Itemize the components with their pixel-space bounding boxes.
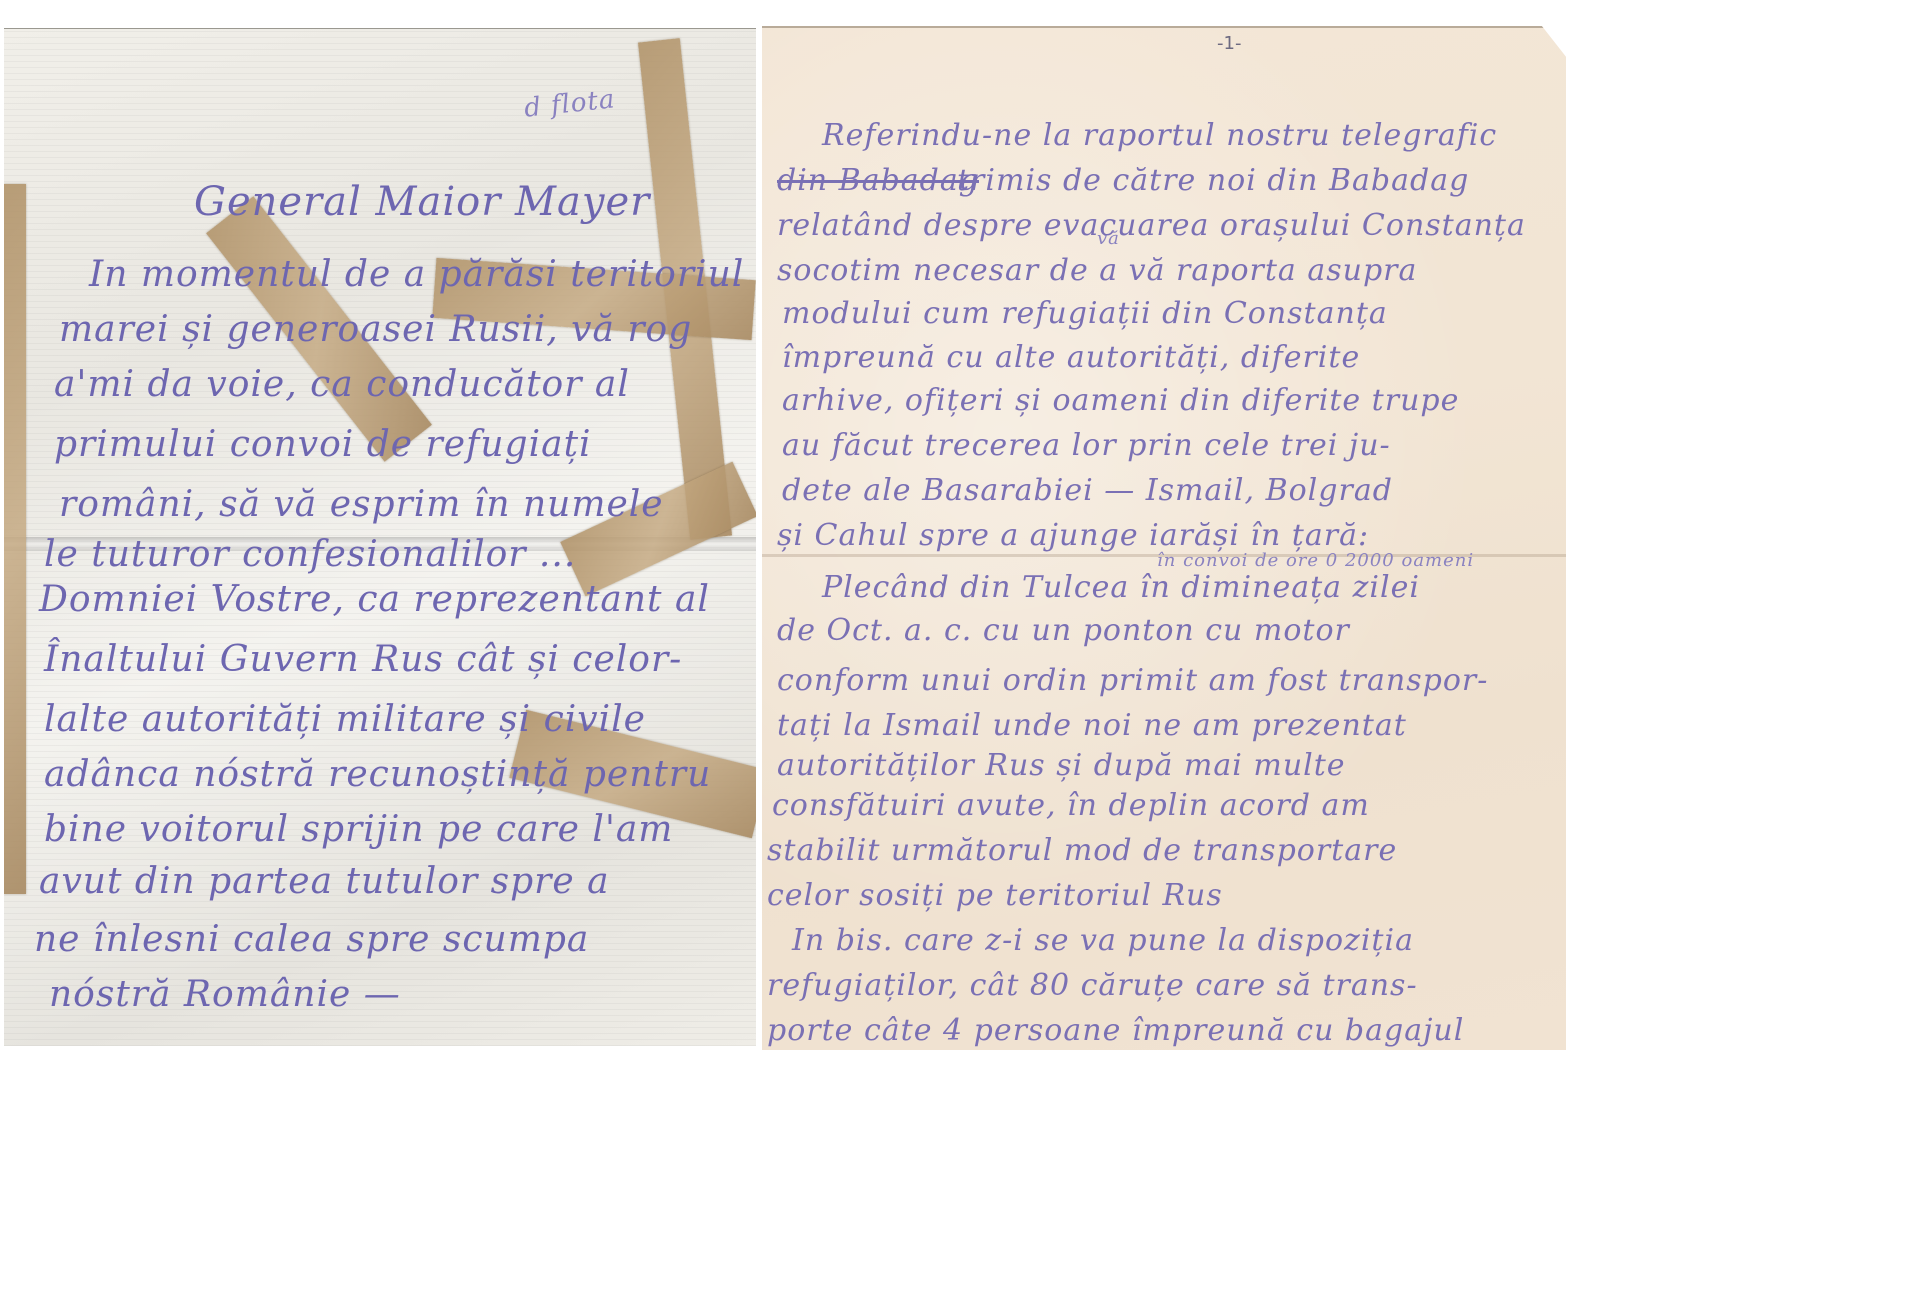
- tape-strip: [560, 462, 756, 597]
- letter-line: ne înlesni calea spre scumpa: [34, 919, 589, 960]
- letter-line: adânca nóstră recunoștință pentru: [44, 754, 711, 795]
- letter-line: arhive, ofițeri și oameni din diferite t…: [782, 383, 1459, 418]
- letter-line: relatând despre evacuarea orașului Const…: [777, 208, 1526, 243]
- letter-line: tați la Ismail unde noi ne am prezentat: [777, 708, 1407, 743]
- letter-line: trimis de către noi din Babadag: [957, 163, 1469, 198]
- letter-line: avut din partea tutulor spre a: [39, 861, 610, 902]
- interlinear-note: vă: [1097, 228, 1120, 249]
- letter-line: le tuturor confesionalilor ...: [44, 534, 576, 575]
- letter-line: celor sosiți pe teritoriul Rus: [767, 878, 1223, 913]
- letter-line: au făcut trecerea lor prin cele trei ju-: [782, 428, 1391, 463]
- tape-strip: [4, 184, 26, 894]
- letter-line: de Oct. a. c. cu un ponton cu motor: [777, 613, 1350, 648]
- letter-annotation: d flota: [523, 84, 617, 123]
- letter-line: Plecând din Tulcea în dimineața zilei: [822, 570, 1420, 605]
- letter-line: lalte autorități militare și civile: [44, 699, 646, 740]
- letter-line: porte câte 4 persoane împreună cu bagaju…: [767, 1013, 1464, 1048]
- letter-line: marei și generoasei Rusii, vă rog: [59, 309, 692, 350]
- letter-line: dete ale Basarabiei — Ismail, Bolgrad: [782, 473, 1393, 508]
- letter-line: români, să vă esprim în numele: [59, 484, 664, 525]
- letter-line: modului cum refugiații din Constanța: [782, 296, 1388, 331]
- letter-line: nóstră Românie —: [49, 974, 401, 1015]
- letter-line: In bis. care z-i se va pune la dispoziți…: [792, 923, 1414, 958]
- letter-line: In momentul de a părăsi teritoriul: [89, 254, 744, 295]
- letter-line: a'mi da voie, ca conducător al: [54, 364, 630, 405]
- letter-line: bine voitorul sprijin pe care l'am: [44, 809, 673, 850]
- letter-line: consfătuiri avute, în deplin acord am: [772, 788, 1370, 823]
- letter-line: conform unui ordin primit am fost transp…: [777, 663, 1488, 698]
- letter-line: și Cahul spre a ajunge iarăși în țară:: [777, 518, 1369, 553]
- letter-line: Referindu-ne la raportul nostru telegraf…: [822, 118, 1497, 153]
- letter-line: autorităților Rus și după mai multe: [777, 748, 1346, 783]
- letter-line: refugiaților, cât 80 căruțe care să tran…: [767, 968, 1418, 1003]
- letter-line: primului convoi de refugiați: [54, 424, 592, 465]
- interlinear-note: în convoi de ore 0 2000 oameni: [1157, 550, 1474, 571]
- right-letter-page: -1- Referindu-ne la raportul nostru tele…: [762, 26, 1566, 1050]
- letter-salutation: General Maior Mayer: [194, 179, 650, 225]
- letter-line: Domniei Vostre, ca reprezentant al: [39, 579, 710, 620]
- left-letter-page: d flota General Maior Mayer In momentul …: [4, 28, 756, 1046]
- letter-line: socotim necesar de a vă raporta asupra: [777, 253, 1417, 288]
- page-number: -1-: [1217, 33, 1241, 54]
- letter-line: Înaltului Guvern Rus cât și celor-: [44, 639, 682, 680]
- letter-line: stabilit următorul mod de transportare: [767, 833, 1397, 868]
- letter-line: împreună cu alte autorități, diferite: [782, 340, 1360, 375]
